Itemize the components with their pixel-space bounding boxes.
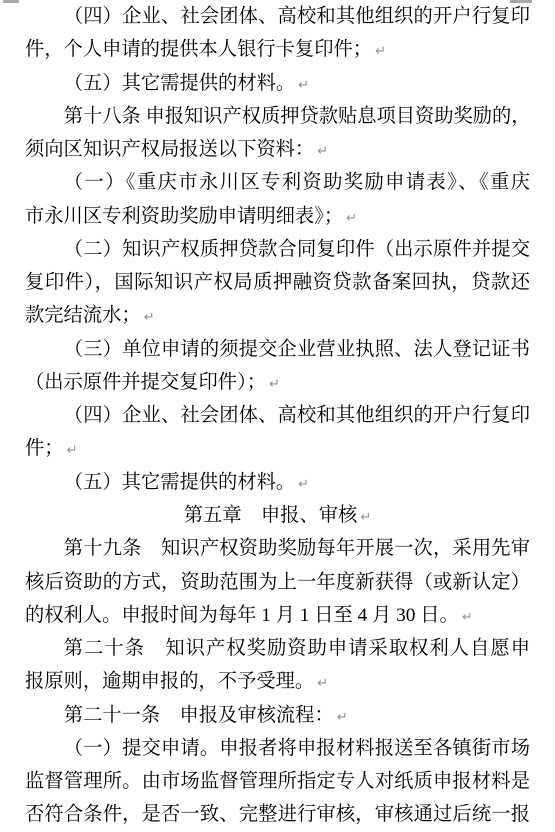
margin-mark-left-icon [3,0,19,3]
text-line: 复印件），国际知识产权局质押融资贷款备案回执，贷款还 [25,266,530,299]
paragraph-mark-icon: ↵ [317,144,328,159]
paragraph-mark-icon: ↵ [144,310,155,325]
line-text: （二）知识产权质押贷款合同复印件（出示原件并提交 [64,239,530,260]
paragraph-mark-icon: ↵ [298,477,309,492]
document-body: （四）企业、社会团体、高校和其他组织的开户行复印件，个人申请的提供本人银行卡复印… [25,0,530,832]
line-text: 市永川区专利资助奖励申请明细表》； [25,206,343,227]
text-line: 市永川区专利资助奖励申请明细表》；↵ [25,200,530,233]
text-line: 第二十一条 申报及审核流程：↵ [25,699,530,732]
paragraph-mark-icon: ↵ [269,377,280,392]
text-line: （三）单位申请的须提交企业营业执照、法人登记证书 [25,333,530,366]
chapter-heading-line: 第五章 申报、审核↵ [25,499,530,532]
paragraph-mark-icon: ↵ [462,610,473,625]
line-text: （四）企业、社会团体、高校和其他组织的开户行复印 [64,405,530,426]
paragraph-mark-icon: ↵ [67,443,78,458]
line-text: 报原则，逾期申报的，不予受理。 [25,671,314,692]
text-line: 否符合条件，是否一致、完整进行审核，审核通过后统一报 [25,798,530,831]
text-line: 核后资助的方式，资助范围为上一年度新获得（或新认定） [25,566,530,599]
line-text: （一）提交申请。申报者将申报材料报送至各镇街市场 [64,738,530,759]
line-text: 第二十条 知识产权奖励资助申请采取权利人自愿申 [64,638,530,659]
line-text: 的权利人。申报时间为每年 1 月 1 日至 4 月 30 日。 [25,605,459,626]
line-text: （四）企业、社会团体、高校和其他组织的开户行复印 [64,6,530,27]
text-line: （四）企业、社会团体、高校和其他组织的开户行复印 [25,399,530,432]
line-text: 复印件），国际知识产权局质押融资贷款备案回执，贷款还 [25,272,530,293]
text-line: 第十八条 申报知识产权质押贷款贴息项目资助奖励的， [25,100,530,133]
text-line: 第二十条 知识产权奖励资助申请采取权利人自愿申 [25,632,530,665]
line-text: 第二十一条 申报及审核流程： [64,705,334,726]
line-text: 第十九条 知识产权资助奖励每年开展一次，采用先审 [64,538,530,559]
line-text: （五）其它需提供的材料。 [64,472,295,493]
line-text: 件，个人申请的提供本人银行卡复印件； [25,39,372,60]
text-line: （五）其它需提供的材料。↵ [25,466,530,499]
text-line: （四）企业、社会团体、高校和其他组织的开户行复印 [25,0,530,33]
line-text: 须向区知识产权局报送以下资料： [25,139,314,160]
line-text: 否符合条件，是否一致、完整进行审核，审核通过后统一报 [25,804,530,825]
text-line: （出示原件并提交复印件）；↵ [25,366,530,399]
line-text: 第五章 申报、审核 [184,505,358,526]
line-text: （出示原件并提交复印件）； [25,372,266,393]
text-line: 的权利人。申报时间为每年 1 月 1 日至 4 月 30 日。↵ [25,599,530,632]
paragraph-mark-icon: ↵ [337,710,348,725]
text-line: （一）《重庆市永川区专利资助奖励申请表》、《重庆 [25,166,530,199]
paragraph-mark-icon: ↵ [317,676,328,691]
line-text: 核后资助的方式，资助范围为上一年度新获得（或新认定） [25,572,530,593]
line-text: （五）其它需提供的材料。 [64,73,295,94]
line-text: 款完结流水； [25,305,141,326]
line-text: 第十八条 申报知识产权质押贷款贴息项目资助奖励的， [64,106,530,127]
line-text: 监督管理所。由市场监督管理所指定专人对纸质申报材料是 [25,771,530,792]
text-line: 件，个人申请的提供本人银行卡复印件；↵ [25,33,530,66]
text-line: （一）提交申请。申报者将申报材料报送至各镇街市场 [25,732,530,765]
line-text: （三）单位申请的须提交企业营业执照、法人登记证书 [64,339,530,360]
paragraph-mark-icon: ↵ [298,78,309,93]
line-text: （一）《重庆市永川区专利资助奖励申请表》、《重庆 [64,172,530,193]
text-line: （二）知识产权质押贷款合同复印件（出示原件并提交 [25,233,530,266]
text-line: 款完结流水；↵ [25,299,530,332]
text-line: 报原则，逾期申报的，不予受理。↵ [25,665,530,698]
text-line: 第十九条 知识产权资助奖励每年开展一次，采用先审 [25,532,530,565]
text-line: 件；↵ [25,432,530,465]
text-line: 须向区知识产权局报送以下资料：↵ [25,133,530,166]
text-line: （五）其它需提供的材料。↵ [25,67,530,100]
paragraph-mark-icon: ↵ [346,211,357,226]
line-text: 件； [25,438,64,459]
document-page: （四）企业、社会团体、高校和其他组织的开户行复印件，个人申请的提供本人银行卡复印… [0,0,555,832]
text-line: 监督管理所。由市场监督管理所指定专人对纸质申报材料是 [25,765,530,798]
paragraph-mark-icon: ↵ [360,510,371,525]
paragraph-mark-icon: ↵ [375,44,386,59]
